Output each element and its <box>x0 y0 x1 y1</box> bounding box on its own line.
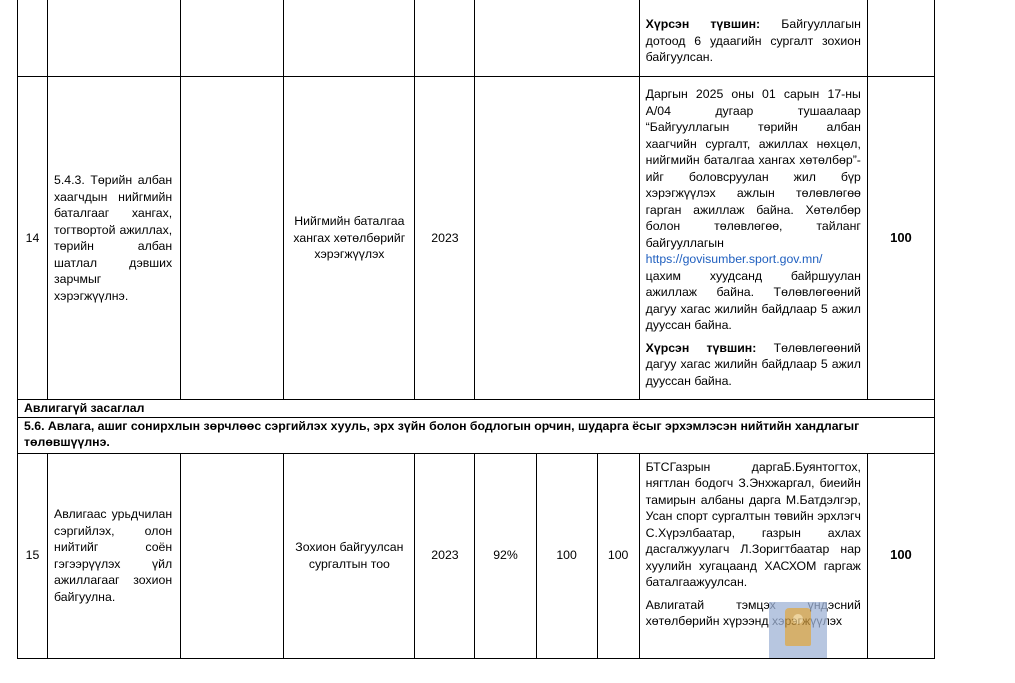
report-link[interactable]: https://govisumber.sport.gov.mn/ <box>646 252 823 266</box>
report-table: Хүрсэн түвшин: Байгууллагын дотоод 6 уда… <box>17 0 935 659</box>
target-value: 92% <box>475 453 536 658</box>
score-cell: 100 <box>867 77 934 400</box>
baseline-year: 2023 <box>415 77 475 400</box>
indicator-cell: Зохион байгуулсан сургалтын тоо <box>284 453 415 658</box>
score-cell: 100 <box>867 453 934 658</box>
report-text-cont: Авлигатай тэмцэх үндэсний хөтөлбөрийн хү… <box>646 597 861 630</box>
report-cell: Хүрсэн түвшин: Байгууллагын дотоод 6 уда… <box>639 0 867 77</box>
emblem-logo <box>769 602 827 658</box>
report-cell: Даргын 2025 оны 01 сарын 17-ны А/04 дуга… <box>639 77 867 400</box>
objective-cell: Авлигаас урьдчилан сэргийлэх, олон нийти… <box>48 453 181 658</box>
actual-value: 100 <box>597 453 639 658</box>
subsection-row: 5.6. Авлага, ашиг сонирхлын зөрчлөөс сэр… <box>18 417 935 453</box>
indicator-cell: Нийгмийн баталгаа хангах хөтөлбөрийг хэр… <box>284 77 415 400</box>
achieved-label: Хүрсэн түвшин: <box>646 341 757 355</box>
section-row: Авлигагүй засаглал <box>18 400 935 418</box>
baseline-year: 2023 <box>415 453 475 658</box>
table-row-continued: Хүрсэн түвшин: Байгууллагын дотоод 6 уда… <box>18 0 935 77</box>
plan-value: 100 <box>536 453 597 658</box>
objective-cell: 5.4.3. Төрийн албан хаагчдын нийгмийн ба… <box>48 77 181 400</box>
soyombo-icon <box>785 608 811 646</box>
row-number: 14 <box>18 77 48 400</box>
report-text: БТСГазрын даргаБ.Буянтогтох, нягтлан бод… <box>646 459 861 591</box>
report-cell: БТСГазрын даргаБ.Буянтогтох, нягтлан бод… <box>639 453 867 658</box>
section-title: Авлигагүй засаглал <box>18 400 935 418</box>
row-number: 15 <box>18 453 48 658</box>
table-row: 14 5.4.3. Төрийн албан хаагчдын нийгмийн… <box>18 77 935 400</box>
subsection-title: 5.6. Авлага, ашиг сонирхлын зөрчлөөс сэр… <box>18 417 935 453</box>
achieved-label: Хүрсэн түвшин: <box>646 17 761 31</box>
report-text-cont: цахим хуудсанд байршуулан ажиллаж байна.… <box>646 269 861 333</box>
report-text: Даргын 2025 оны 01 сарын 17-ны А/04 дуга… <box>646 87 861 250</box>
